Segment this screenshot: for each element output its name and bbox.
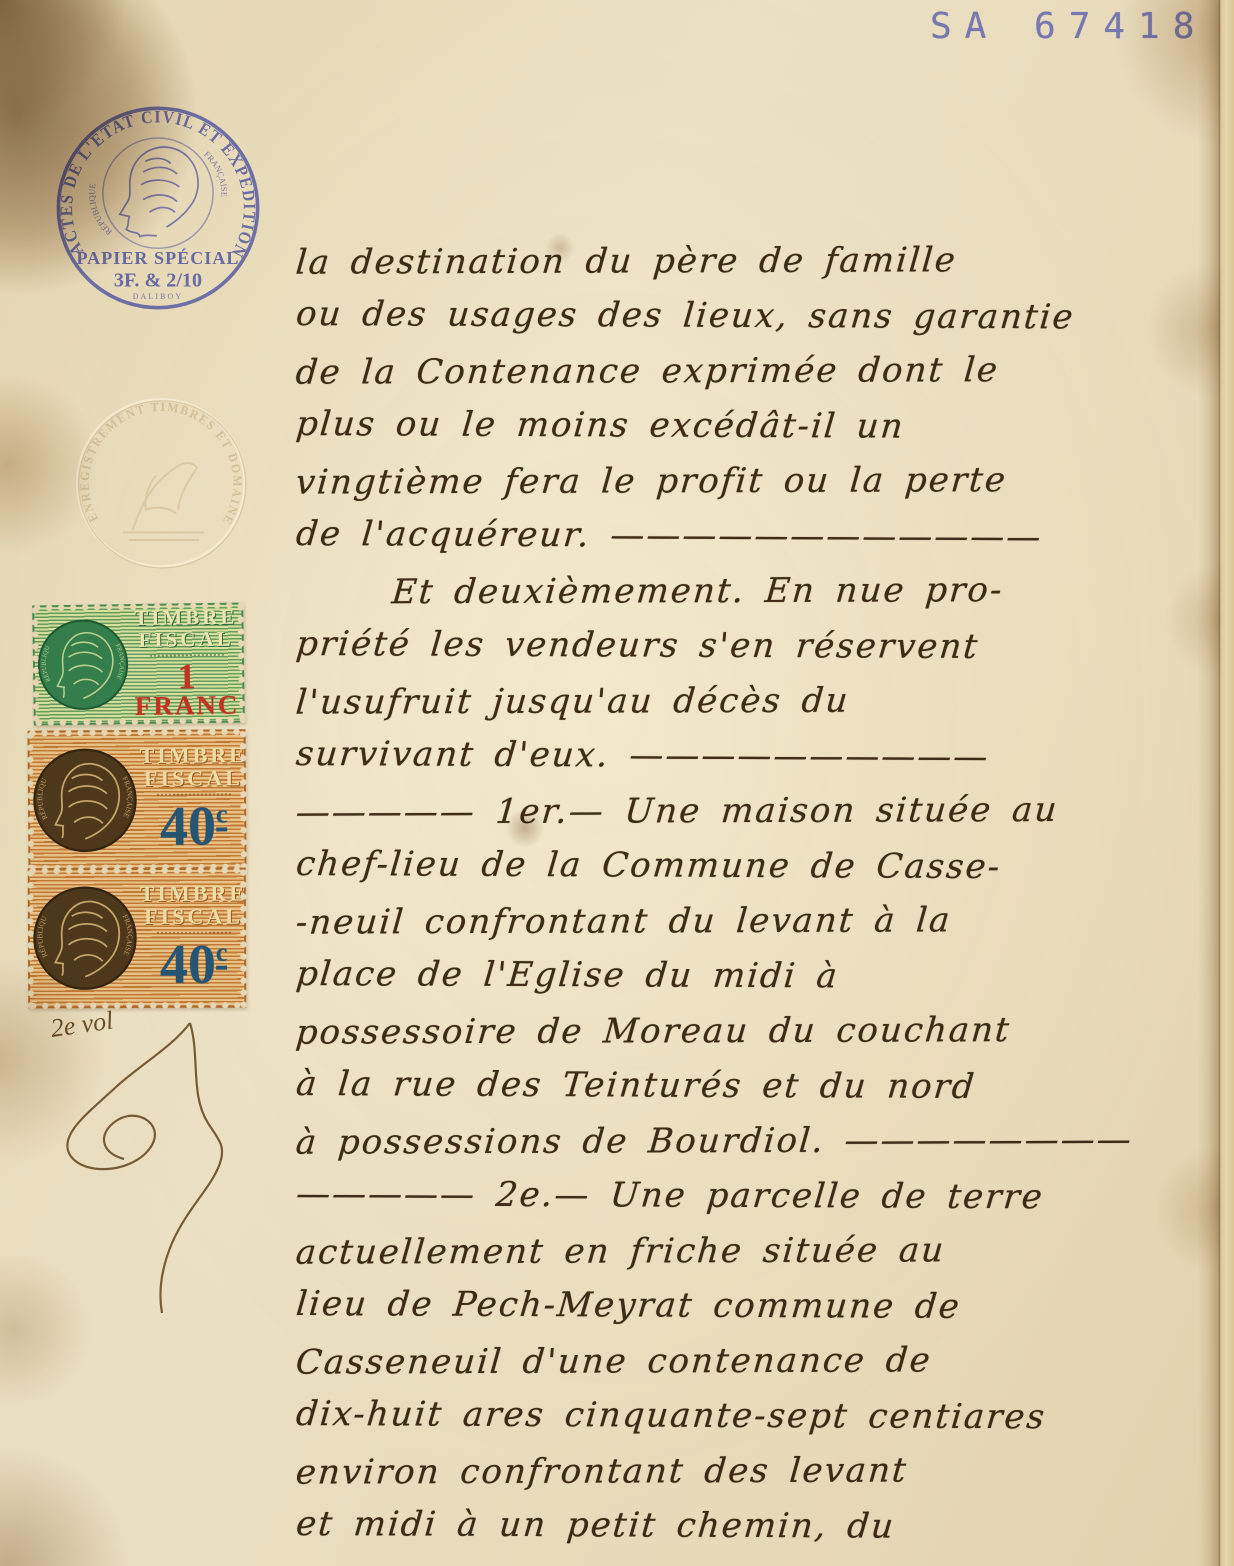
embossed-seal-graphic: ENREGISTREMENT TIMBRES ET DOMAINES: [66, 388, 256, 578]
fiscal-stamp-1franc-body: RÉPUBLIQUE FRANÇAISE TIMBRE FISCAL 1 FRA…: [34, 605, 243, 724]
fiscal-stamp-40c-medallion: RÉPUBLIQUE FRANÇAISE: [30, 870, 140, 1006]
manuscript-line: et midi à un petit chemin, du: [294, 1497, 1224, 1556]
fiscal-stamp-40c-medallion: RÉPUBLIQUE FRANÇAISE: [30, 732, 141, 869]
manuscript-line: Et deuxièmement. En nue pro-: [294, 562, 1224, 620]
paraph-flourish: 2e vol: [40, 995, 240, 1315]
fiscal-stamp-40c-body: RÉPUBLIQUE FRANÇAISE TIMBRE FISCAL 40c: [30, 731, 245, 868]
stamp-title-line2: FISCAL: [144, 765, 243, 791]
stamp-value-unit: c: [216, 800, 228, 831]
manuscript-line: place de l'Eglise du midi à: [294, 947, 1224, 1006]
manuscript-line: la destination du père de famille: [294, 232, 1224, 290]
manuscript-line: priété les vendeurs s'en réservent: [294, 617, 1224, 676]
fiscal-stamp-40c-body: RÉPUBLIQUE FRANÇAISE TIMBRE FISCAL 40c: [30, 870, 244, 1007]
stamp-value-number: 1: [134, 659, 239, 695]
margin-annotation: 2e vol: [40, 995, 240, 1320]
manuscript-line: possessoire de Moreau du couchant: [294, 1002, 1224, 1060]
manuscript-line: à la rue des Teinturés et du nord: [294, 1057, 1224, 1116]
round-stamp-line1: PAPIER SPÉCIAL: [76, 247, 239, 268]
fiscal-stamp-40c-first: RÉPUBLIQUE FRANÇAISE TIMBRE FISCAL 40c: [28, 729, 247, 871]
manuscript-line: de la Contenance exprimée dont le: [294, 342, 1224, 400]
round-stamp-line2: 3F. & 2/10: [114, 269, 202, 291]
manuscript-line: ou des usages des lieux, sans garantie: [294, 287, 1224, 346]
round-stamp-graphic: ACTES DE L'ÉTAT CIVIL ET EXPÉDITIONS RÉP…: [52, 102, 264, 314]
marianne-medallion-icon: RÉPUBLIQUE FRANÇAISE: [30, 883, 140, 993]
svg-text:ACTES DE L'ÉTAT CIVIL ET EXPÉD: ACTES DE L'ÉTAT CIVIL ET EXPÉDITIONS: [52, 102, 260, 262]
manuscript-line: chef-lieu de la Commune de Casse-: [294, 837, 1224, 896]
stamp-title-line2: FISCAL: [144, 903, 243, 928]
flourish-stroke: [67, 1023, 222, 1313]
manuscript-line: lieu de Pech-Meyrat commune de: [294, 1277, 1224, 1336]
marianne-medallion-icon: RÉPUBLIQUE FRANÇAISE: [30, 745, 141, 856]
manuscript-line: Casseneuil d'une contenance de: [294, 1332, 1224, 1390]
fiscal-stamp-1franc-medallion: RÉPUBLIQUE FRANÇAISE: [34, 606, 132, 723]
stamp-value-number: 40: [160, 798, 216, 854]
notarial-document-page: SA 67418 ACTES DE L'ÉTAT CIVIL ET EXPÉDI…: [0, 0, 1234, 1566]
round-stamp-left-word: RÉPUBLIQUE: [87, 183, 114, 238]
round-stamp-arc-text: ACTES DE L'ÉTAT CIVIL ET EXPÉDITIONS: [52, 102, 260, 262]
stamp-title-line2: FISCAL: [138, 626, 233, 651]
annotation-text: 2e vol: [49, 1005, 115, 1042]
manuscript-line: de l'acquéreur. ————————————: [294, 507, 1224, 566]
marianne-medallion-icon: RÉPUBLIQUE FRANÇAISE: [34, 616, 131, 713]
stamp-value-unit: FRANC: [135, 693, 240, 720]
manuscript-line: dix-huit ares cinquante-sept centiares: [294, 1387, 1224, 1446]
manuscript-line: à possessions de Bourdiol. ————————: [294, 1112, 1224, 1170]
manuscript-line: ————— 1er.— Une maison située au: [294, 782, 1224, 840]
stamp-value-unit: c: [216, 939, 228, 970]
stamp-value: 1 FRANC: [134, 659, 239, 720]
embossed-seal: ENREGISTREMENT TIMBRES ET DOMAINES: [66, 388, 256, 578]
fiscal-stamp-40c-second: RÉPUBLIQUE FRANÇAISE TIMBRE FISCAL 40c: [28, 868, 246, 1009]
manuscript-line: vingtième fera le profit ou la perte: [294, 452, 1224, 510]
stamp-title: TIMBRE FISCAL: [140, 744, 248, 790]
manuscript-line: -neuil confrontant du levant à la: [294, 892, 1224, 950]
fiscal-stamp-1franc: RÉPUBLIQUE FRANÇAISE TIMBRE FISCAL 1 FRA…: [32, 603, 245, 726]
manuscript-line: actuellement en friche située au: [294, 1222, 1224, 1280]
manuscript-line: plus ou le moins excédât-il un: [294, 397, 1224, 456]
marianne-head-icon: [120, 147, 198, 237]
seated-figure-icon: [123, 463, 204, 540]
serial-number-stamp: SA 67418: [930, 6, 1207, 47]
round-stamp-maker: DALIBOY: [133, 292, 184, 301]
manuscript-line: ————— 2e.— Une parcelle de terre: [294, 1167, 1224, 1226]
manuscript-line: environ confrontant des levant: [294, 1442, 1224, 1500]
round-ink-stamp: ACTES DE L'ÉTAT CIVIL ET EXPÉDITIONS RÉP…: [52, 102, 264, 314]
stamp-value: 40c: [160, 798, 228, 854]
stamp-title: TIMBRE FISCAL: [134, 607, 238, 651]
manuscript-line: l'usufruit jusqu'au décès du: [294, 672, 1224, 730]
manuscript-text-block: la destination du père de famille ou des…: [296, 234, 1221, 1554]
stamp-title: TIMBRE FISCAL: [140, 883, 247, 928]
svg-text:RÉPUBLIQUE: RÉPUBLIQUE: [87, 183, 114, 238]
stamp-value-number: 40: [160, 937, 216, 993]
stamp-value: 40c: [160, 937, 228, 993]
manuscript-line: survivant d'eux. ——————————: [294, 727, 1224, 786]
